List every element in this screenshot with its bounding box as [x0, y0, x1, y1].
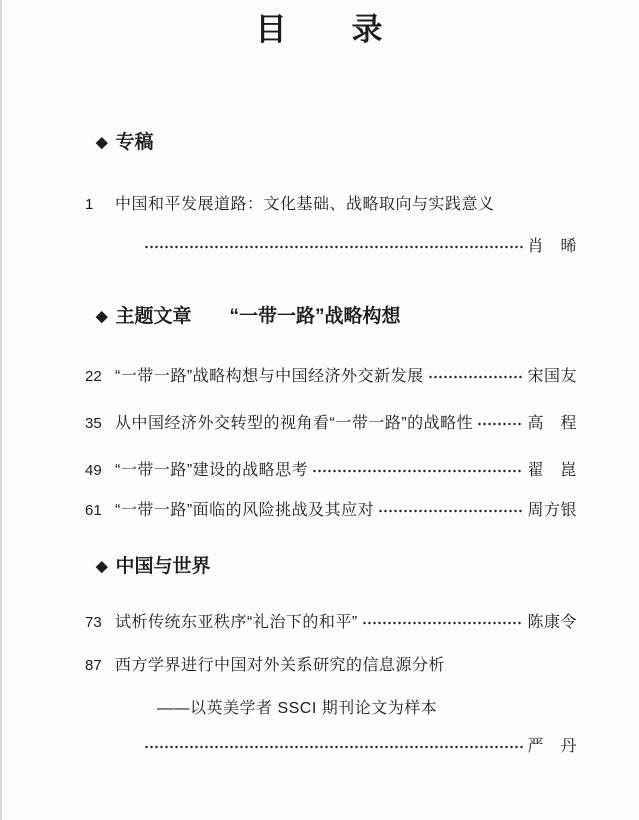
- leader-dots: [312, 460, 523, 482]
- diamond-icon: ◆: [96, 130, 108, 156]
- toc-entry: 61 “一带一路”面临的风险挑战及其应对 周方银: [85, 500, 577, 522]
- toc-entry: 73 试析传统东亚秩序“礼治下的和平” 陈康令: [85, 612, 577, 634]
- toc-entry: 1 中国和平发展道路：文化基础、战略取向与实践意义: [85, 194, 577, 216]
- section-heading-zhuti: ◆ 主题文章 “一带一路”战略构想: [85, 304, 577, 330]
- entry-title: 中国和平发展道路：文化基础、战略取向与实践意义: [115, 194, 495, 216]
- toc-entry: 35 从中国经济外交转型的视角看“一带一路”的战略性 高 程: [85, 413, 577, 435]
- entry-page-number: 1: [85, 194, 115, 216]
- diamond-icon: ◆: [96, 304, 108, 330]
- entry-page-number: 22: [85, 366, 115, 388]
- page-title: 目 录: [0, 0, 639, 50]
- entry-title: “一带一路”战略构想与中国经济外交新发展: [115, 366, 424, 388]
- toc-entry: 22 “一带一路”战略构想与中国经济外交新发展 宋国友: [85, 366, 577, 388]
- entry-title: 西方学界进行中国对外关系研究的信息源分析: [115, 655, 445, 677]
- leader-dots: [144, 236, 523, 258]
- leader-dots: [362, 612, 524, 634]
- leader-dots: [378, 500, 523, 522]
- leader-dots: [428, 366, 524, 388]
- section-heading-label: 专稿: [116, 130, 154, 156]
- diamond-icon: ◆: [96, 554, 108, 580]
- toc-entry: 49 “一带一路”建设的战略思考 翟 崑: [85, 460, 577, 482]
- entry-title: “一带一路”面临的风险挑战及其应对: [115, 500, 374, 522]
- leader-dots: [144, 736, 523, 758]
- entry-title: “一带一路”建设的战略思考: [115, 460, 308, 482]
- entry-page-number: 73: [85, 612, 115, 634]
- toc-entry-author-line: 严 丹: [85, 736, 577, 758]
- page-left-scan-edge: [0, 0, 2, 820]
- entry-page-number: 49: [85, 460, 115, 482]
- section-heading-label: 中国与世界: [116, 554, 211, 580]
- entry-title: 从中国经济外交转型的视角看“一带一路”的战略性: [115, 413, 473, 435]
- entry-author: 翟 崑: [527, 460, 577, 482]
- entry-author: 宋国友: [527, 366, 577, 388]
- entry-page-number: 35: [85, 413, 115, 435]
- toc-entry-author-line: 肖 晞: [85, 236, 577, 258]
- toc-content: ◆ 专稿 1 中国和平发展道路：文化基础、战略取向与实践意义 肖 晞 ◆ 主题文…: [0, 130, 639, 758]
- section-heading-label: 主题文章 “一带一路”战略构想: [116, 304, 401, 330]
- toc-entry: 87 西方学界进行中国对外关系研究的信息源分析: [85, 655, 577, 677]
- entry-author: 周方银: [527, 500, 577, 522]
- section-heading-zhuangao: ◆ 专稿: [85, 130, 577, 156]
- section-heading-zhongguo-shijie: ◆ 中国与世界: [85, 554, 577, 580]
- entry-page-number: 87: [85, 655, 115, 677]
- toc-page: 目 录 ◆ 专稿 1 中国和平发展道路：文化基础、战略取向与实践意义 肖 晞 ◆…: [0, 0, 639, 820]
- entry-author: 陈康令: [527, 612, 577, 634]
- entry-author: 肖 晞: [527, 236, 577, 258]
- entry-page-number: 61: [85, 500, 115, 522]
- entry-author: 高 程: [527, 413, 577, 435]
- entry-title: 试析传统东亚秩序“礼治下的和平”: [115, 612, 358, 634]
- entry-subtitle: ——以英美学者 SSCI 期刊论文为样本: [85, 698, 577, 720]
- leader-dots: [477, 413, 523, 435]
- entry-author: 严 丹: [527, 736, 577, 758]
